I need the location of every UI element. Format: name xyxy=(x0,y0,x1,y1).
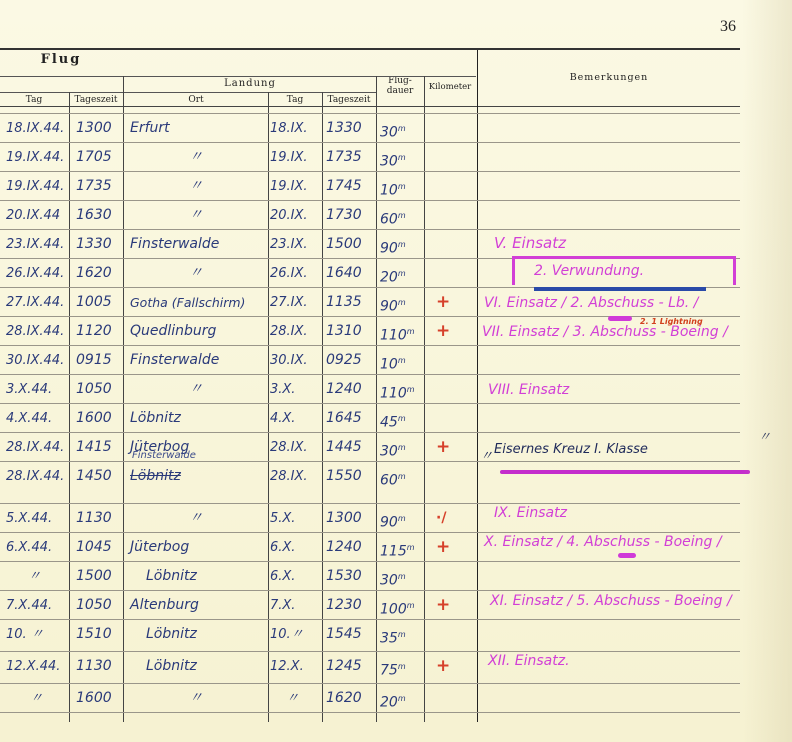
table-row: 18.IX.44. 1300 Erfurt 18.IX. 1330 30m xyxy=(0,114,740,143)
cell-start-date: 18.IX.44. xyxy=(6,114,70,143)
header-divider-flug xyxy=(0,76,476,77)
cell-landing-date: 28.IX. xyxy=(270,317,322,346)
duration-unit: m xyxy=(398,630,406,639)
duration-unit: m xyxy=(398,153,406,162)
highlight-mark xyxy=(618,553,636,558)
duration-value: 10 xyxy=(380,183,398,199)
cell-landing-time: 1135 xyxy=(326,288,376,317)
cell-duration: 90m xyxy=(380,230,424,259)
cell-duration: 110m xyxy=(380,375,424,404)
cell-duration: 45m xyxy=(380,404,424,433)
cell-landing-time: 1550 xyxy=(326,462,376,491)
duration-value: 10 xyxy=(380,357,398,373)
remark-einsatz-10: X. Einsatz / 4. Abschuss - Boeing / xyxy=(484,534,722,550)
duration-value: 75 xyxy=(380,663,398,679)
cell-start-time: 0915 xyxy=(76,346,122,375)
header-landung: Landung xyxy=(124,78,376,89)
wound-underline xyxy=(534,287,706,291)
header-landung-tag: Tag xyxy=(268,95,322,105)
duration-value: 20 xyxy=(380,695,398,711)
cell-kilometer-mark xyxy=(436,114,466,143)
duration-value: 35 xyxy=(380,631,398,647)
duration-value: 30 xyxy=(380,125,398,141)
cell-landing-date: 28.IX. xyxy=(270,462,322,491)
cell-start-date: 20.IX.44 xyxy=(6,201,70,230)
cell-kilometer-mark: + xyxy=(436,288,466,317)
cell-start-time: 1130 xyxy=(76,652,122,681)
cell-kilometer-mark: + xyxy=(436,591,466,620)
cell-kilometer-mark: ·/ xyxy=(436,504,466,533)
duration-unit: m xyxy=(398,124,406,133)
duration-value: 60 xyxy=(380,473,398,489)
cell-landing-place: 〃 xyxy=(124,201,268,230)
duration-unit: m xyxy=(407,543,415,552)
cell-start-time: 1630 xyxy=(76,201,122,230)
duration-unit: m xyxy=(398,298,406,307)
table-row: 23.IX.44. 1330 Finsterwalde 23.IX. 1500 … xyxy=(0,230,740,259)
cell-landing-date: 27.IX. xyxy=(270,288,322,317)
cell-duration: 110m xyxy=(380,317,424,346)
cell-start-date: 12.X.44. xyxy=(6,652,70,681)
cell-kilometer-mark xyxy=(436,346,466,375)
cell-landing-place: Quedlinburg xyxy=(130,317,268,346)
header-ort: Ort xyxy=(124,95,268,105)
table-row: 28.IX.44. 1450 Finsterwalde Löbnitz 28.I… xyxy=(0,462,740,491)
cell-kilometer-mark xyxy=(436,201,466,230)
cell-landing-time: 1640 xyxy=(326,259,376,288)
cell-start-date: 3.X.44. xyxy=(6,375,70,404)
cell-landing-time: 1530 xyxy=(326,562,376,591)
cell-kilometer-mark: + xyxy=(436,533,466,562)
table-row: 〃 1500 Löbnitz 6.X. 1530 30m xyxy=(0,562,740,591)
duration-unit: m xyxy=(398,240,406,249)
cell-start-time: 1620 xyxy=(76,259,122,288)
header-bottom-rule xyxy=(0,106,740,107)
cell-duration: 115m xyxy=(380,533,424,562)
cell-start-time: 1300 xyxy=(76,114,122,143)
cell-landing-date: 6.X. xyxy=(270,562,322,591)
duration-value: 30 xyxy=(380,444,398,460)
cell-landing-place: Löbnitz xyxy=(146,562,284,591)
highlight-mark xyxy=(608,316,632,321)
duration-value: 110 xyxy=(380,386,407,402)
header-landung-tageszeit: Tageszeit xyxy=(322,95,376,105)
duration-value: 90 xyxy=(380,241,398,257)
cell-start-date: 7.X.44. xyxy=(6,591,70,620)
table-row: 5.X.44. 1130 〃 5.X. 1300 90m ·/ xyxy=(0,504,740,533)
cell-start-date: 19.IX.44. xyxy=(6,172,70,201)
cell-landing-date: 18.IX. xyxy=(270,114,322,143)
cell-kilometer-mark xyxy=(436,404,466,433)
duration-unit: m xyxy=(398,472,406,481)
remark-einsatz-5: V. Einsatz xyxy=(494,234,566,252)
cell-kilometer-mark xyxy=(436,562,466,591)
cell-landing-place: 〃 xyxy=(124,172,268,201)
cell-landing-time: 1730 xyxy=(326,201,376,230)
cell-start-date: 28.IX.44. xyxy=(6,433,70,462)
remark-einsatz-6: VI. Einsatz / 2. Abschuss - Lb. / xyxy=(484,295,698,311)
cell-start-time: 1450 xyxy=(76,462,122,491)
duration-unit: m xyxy=(407,601,415,610)
duration-unit: m xyxy=(398,514,406,523)
duration-value: 30 xyxy=(380,154,398,170)
cell-duration: 90m xyxy=(380,288,424,317)
duration-value: 100 xyxy=(380,602,407,618)
header-tageszeit: Tageszeit xyxy=(70,95,122,105)
cell-start-date: 5.X.44. xyxy=(6,504,70,533)
table-row: 30.IX.44. 0915 Finsterwalde 30.IX. 0925 … xyxy=(0,346,740,375)
duration-unit: m xyxy=(398,662,406,671)
cell-kilometer-mark: + xyxy=(436,317,466,346)
duration-unit: m xyxy=(398,694,406,703)
cell-landing-date: 6.X. xyxy=(270,533,322,562)
cell-landing-time: 1230 xyxy=(326,591,376,620)
cell-landing-place: Finsterwalde xyxy=(130,346,268,375)
header-flug: Flug xyxy=(0,52,122,67)
cell-duration: 30m xyxy=(380,562,424,591)
cell-landing-date: 12.X. xyxy=(270,652,322,681)
cell-kilometer-mark xyxy=(436,375,466,404)
duration-unit: m xyxy=(398,182,406,191)
cell-landing-place: Löbnitz xyxy=(130,404,268,433)
cell-start-date: 26.IX.44. xyxy=(6,259,70,288)
cell-kilometer-mark: + xyxy=(436,433,466,462)
cell-start-date: 23.IX.44. xyxy=(6,230,70,259)
cell-duration: 90m xyxy=(380,504,424,533)
remark-wound: 2. Verwundung. xyxy=(534,263,644,279)
cell-landing-time: 1545 xyxy=(326,620,376,649)
cell-landing-place: 〃 xyxy=(124,259,268,288)
duration-value: 45 xyxy=(380,415,398,431)
table-row: 4.X.44. 1600 Löbnitz 4.X. 1645 45m xyxy=(0,404,740,433)
cell-duration: 30m xyxy=(380,143,424,172)
iron-cross-underline xyxy=(500,470,750,474)
cell-duration: 30m xyxy=(380,433,424,462)
cell-start-time: 1050 xyxy=(76,375,122,404)
remark-einsatz-8: VIII. Einsatz xyxy=(488,382,569,398)
cell-landing-date: 7.X. xyxy=(270,591,322,620)
header-divider-landung xyxy=(0,92,376,93)
cell-landing-place: Löbnitz xyxy=(146,652,284,681)
header-flugdauer-line1: Flug- xyxy=(388,76,412,86)
landing-place-correction: Finsterwalde xyxy=(132,450,196,461)
duration-unit: m xyxy=(407,385,415,394)
cell-landing-date: 23.IX. xyxy=(270,230,322,259)
duration-unit: m xyxy=(398,356,406,365)
cell-landing-date: 30.IX. xyxy=(270,346,322,375)
cell-landing-place: Altenburg xyxy=(130,591,268,620)
cell-landing-date: 19.IX. xyxy=(270,172,322,201)
cell-landing-place: Jüterbog xyxy=(130,533,268,562)
cell-kilometer-mark xyxy=(436,684,466,713)
header-kilometer: Kilometer xyxy=(424,82,476,92)
cell-landing-time: 1240 xyxy=(326,375,376,404)
cell-start-date: 27.IX.44. xyxy=(6,288,70,317)
cell-landing-place: Gotha (Fallschirm) xyxy=(130,288,268,317)
cell-kilometer-mark xyxy=(436,620,466,649)
remark-einsatz-11: XI. Einsatz / 5. Abschuss - Boeing / xyxy=(490,593,732,609)
duration-unit: m xyxy=(398,414,406,423)
cell-start-time: 1415 xyxy=(76,433,122,462)
cell-start-time: 1130 xyxy=(76,504,122,533)
table-row: 20.IX.44 1630 〃 20.IX. 1730 60m xyxy=(0,201,740,230)
table-row: 10. 〃 1510 Löbnitz 10.〃 1545 35m xyxy=(0,620,740,649)
cell-landing-place: 〃 xyxy=(124,504,268,533)
cell-start-date: 30.IX.44. xyxy=(6,346,70,375)
cell-landing-time: 1745 xyxy=(326,172,376,201)
duration-value: 115 xyxy=(380,544,407,560)
cell-landing-place: Löbnitz xyxy=(146,620,284,649)
page-number: 36 xyxy=(720,18,736,36)
table-row: 19.IX.44. 1705 〃 19.IX. 1735 30m xyxy=(0,143,740,172)
cell-landing-date: 28.IX. xyxy=(270,433,322,462)
table-row: 〃 1600 〃 〃 1620 20m xyxy=(0,684,740,713)
cell-landing-place: Finsterwalde xyxy=(130,230,268,259)
cell-start-time: 1050 xyxy=(76,591,122,620)
cell-kilometer-mark xyxy=(436,143,466,172)
cell-duration: 35m xyxy=(380,620,424,649)
cell-kilometer-mark xyxy=(436,259,466,288)
cell-landing-place-struck: Löbnitz xyxy=(130,462,268,491)
cell-start-time: 1330 xyxy=(76,230,122,259)
cell-duration: 60m xyxy=(380,462,424,491)
header-flugdauer: Flug- dauer xyxy=(376,76,424,96)
cell-start-time: 1705 xyxy=(76,143,122,172)
table-row: 12.X.44. 1130 Löbnitz 12.X. 1245 75m + xyxy=(0,652,740,681)
cell-landing-time: 1620 xyxy=(326,684,376,713)
cell-landing-date: 26.IX. xyxy=(270,259,322,288)
remark-einsatz-7: VII. Einsatz / 3. Abschuss - Boeing / xyxy=(482,324,728,340)
cell-start-date: 19.IX.44. xyxy=(6,143,70,172)
cell-landing-time: 1300 xyxy=(326,504,376,533)
remark-ditto-left: 〃 xyxy=(480,445,493,464)
duration-unit: m xyxy=(398,443,406,452)
duration-unit: m xyxy=(398,269,406,278)
duration-unit: m xyxy=(398,211,406,220)
cell-landing-time: 1240 xyxy=(326,533,376,562)
cell-landing-place: Erfurt xyxy=(130,114,268,143)
cell-duration: 75m xyxy=(380,652,424,681)
header-tag: Tag xyxy=(0,95,68,105)
duration-value: 60 xyxy=(380,212,398,228)
page-edge-shadow xyxy=(742,0,792,742)
cell-landing-time: 1330 xyxy=(326,114,376,143)
cell-duration: 100m xyxy=(380,591,424,620)
cell-start-date: 28.IX.44. xyxy=(6,317,70,346)
cell-landing-time: 1500 xyxy=(326,230,376,259)
cell-landing-date: 4.X. xyxy=(270,404,322,433)
duration-value: 90 xyxy=(380,299,398,315)
cell-start-time: 1500 xyxy=(76,562,122,591)
duration-unit: m xyxy=(407,327,415,336)
cell-landing-time: 1645 xyxy=(326,404,376,433)
cell-duration: 30m xyxy=(380,114,424,143)
cell-landing-time: 1445 xyxy=(326,433,376,462)
cell-landing-date: 10.〃 xyxy=(270,620,322,649)
cell-start-date: 4.X.44. xyxy=(6,404,70,433)
table-row: 19.IX.44. 1735 〃 19.IX. 1745 10m xyxy=(0,172,740,201)
remark-einsatz-9: IX. Einsatz xyxy=(494,505,567,521)
top-rule xyxy=(0,48,740,50)
cell-start-time: 1600 xyxy=(76,404,122,433)
duration-value: 110 xyxy=(380,328,407,344)
cell-start-date: 10. 〃 xyxy=(6,620,70,649)
cell-duration: 10m xyxy=(380,346,424,375)
cell-kilometer-mark xyxy=(436,172,466,201)
cell-start-time: 1005 xyxy=(76,288,122,317)
cell-landing-time: 0925 xyxy=(326,346,376,375)
cell-landing-date: 19.IX. xyxy=(270,143,322,172)
cell-kilometer-mark: + xyxy=(436,652,466,681)
cell-duration: 20m xyxy=(380,684,424,713)
duration-unit: m xyxy=(398,572,406,581)
duration-value: 30 xyxy=(380,573,398,589)
cell-landing-date: 20.IX. xyxy=(270,201,322,230)
cell-duration: 60m xyxy=(380,201,424,230)
cell-start-time: 1045 xyxy=(76,533,122,562)
cell-start-time: 1510 xyxy=(76,620,122,649)
cell-start-time: 1120 xyxy=(76,317,122,346)
cell-duration: 10m xyxy=(380,172,424,201)
cell-landing-place: 〃 xyxy=(124,143,268,172)
cell-landing-place: 〃 xyxy=(124,375,268,404)
cell-kilometer-mark xyxy=(436,462,466,491)
cell-landing-time: 1735 xyxy=(326,143,376,172)
duration-value: 90 xyxy=(380,515,398,531)
table-row: 3.X.44. 1050 〃 3.X. 1240 110m xyxy=(0,375,740,404)
cell-start-time: 1600 xyxy=(76,684,122,713)
cell-kilometer-mark xyxy=(436,230,466,259)
remark-iron-cross: Eisernes Kreuz I. Klasse xyxy=(494,442,648,457)
cell-start-date: 6.X.44. xyxy=(6,533,70,562)
cell-duration: 20m xyxy=(380,259,424,288)
cell-landing-date: 3.X. xyxy=(270,375,322,404)
header-bemerkungen: Bemerkungen xyxy=(478,72,740,83)
remark-einsatz-12: XII. Einsatz. xyxy=(488,653,570,669)
cell-landing-time: 1310 xyxy=(326,317,376,346)
cell-landing-place: 〃 xyxy=(124,684,268,713)
cell-start-date: 28.IX.44. xyxy=(6,462,70,491)
cell-landing-date: 5.X. xyxy=(270,504,322,533)
header-flugdauer-line2: dauer xyxy=(387,86,414,96)
cell-landing-time: 1245 xyxy=(326,652,376,681)
duration-value: 20 xyxy=(380,270,398,286)
cell-start-time: 1735 xyxy=(76,172,122,201)
